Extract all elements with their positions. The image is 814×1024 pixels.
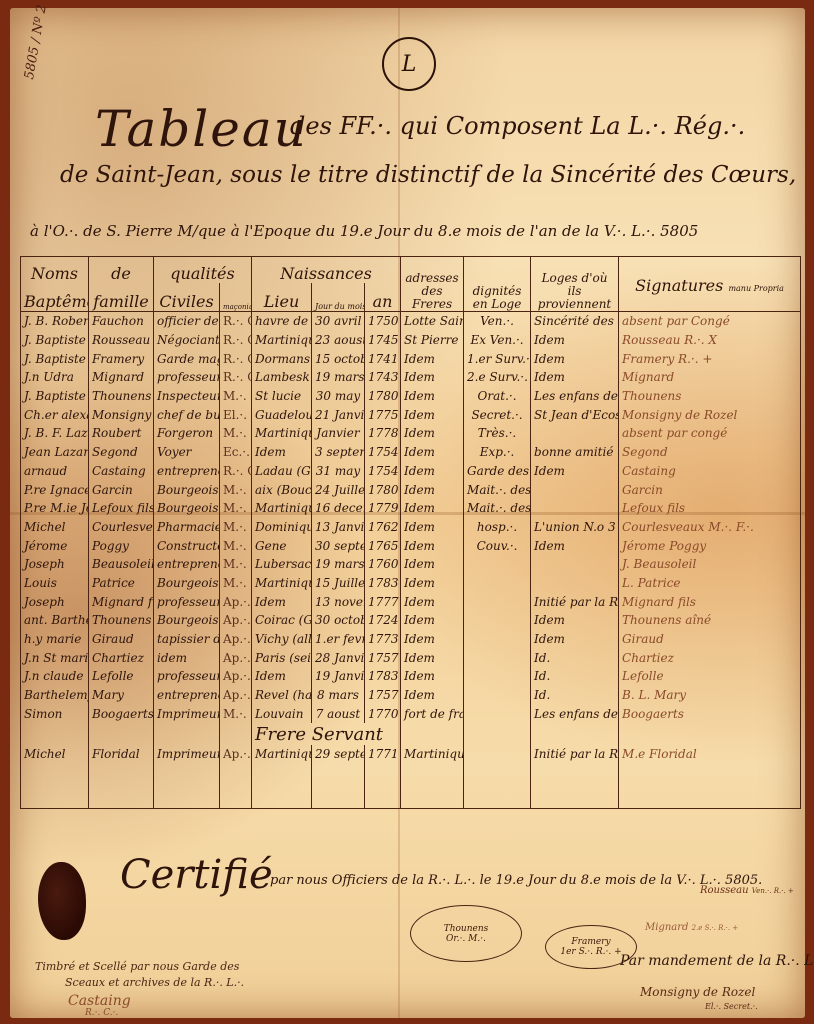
cell-adresse: Martinique bbox=[401, 745, 464, 764]
header-noms: Noms bbox=[21, 257, 89, 284]
cell-lieu: Louvain bbox=[252, 704, 312, 723]
cell-famille: Rousseau bbox=[89, 331, 154, 350]
empty-cell bbox=[464, 723, 531, 745]
cell-civile: entrepreneur de bâtiment bbox=[154, 555, 220, 574]
cell-loge: Sincérité des cœurs bbox=[531, 312, 619, 331]
cell-bapteme: ant. Barthelemy bbox=[21, 611, 89, 630]
empty-cell bbox=[220, 723, 252, 745]
empty-cell bbox=[252, 764, 312, 809]
cell-an: 1783 bbox=[365, 667, 401, 686]
framery-title: 1er S.·. R.·. + bbox=[560, 947, 621, 957]
cell-adresse: Idem bbox=[401, 536, 464, 555]
cell-maconique: Ec.·. bbox=[220, 443, 252, 462]
header-loges: Loges d'où ils proviennent bbox=[531, 257, 619, 312]
cell-famille: Castaing bbox=[89, 462, 154, 481]
cell-bapteme: Jean Lazare bbox=[21, 443, 89, 462]
cell-signature: Boogaerts bbox=[619, 704, 801, 723]
cell-civile: entrepreneur de bâtiment (architecte) bbox=[154, 462, 220, 481]
cell-dignite bbox=[464, 745, 531, 764]
cell-loge: Idem bbox=[531, 630, 619, 649]
cell-dignite: Couv.·. bbox=[464, 536, 531, 555]
cell-bapteme: Ch.er alexandre bbox=[21, 405, 89, 424]
table-row: ant. BarthelemyThounens aînéBourgeoisAp.… bbox=[21, 611, 801, 630]
wax-seal-icon bbox=[38, 862, 86, 940]
certification-text: par nous Officiers de la R.·. L.·. le 19… bbox=[270, 873, 762, 888]
cell-maconique: Ap.·. bbox=[220, 630, 252, 649]
monogram-seal-stamp-icon: L bbox=[382, 37, 436, 91]
title-line-1: des FF.·. qui Composent La L.·. Rég.·. bbox=[290, 112, 745, 140]
table-row: Ch.er alexandreMonsigny de Rozelchef de … bbox=[21, 405, 801, 424]
cell-jour: 30 septembre bbox=[312, 536, 365, 555]
table-row: BarthelemyMaryentrepreneur de bâtimentAp… bbox=[21, 686, 801, 705]
cell-dignite bbox=[464, 592, 531, 611]
empty-cell bbox=[531, 764, 619, 809]
cell-lieu: Dormans bbox=[252, 349, 312, 368]
cell-signature: Chartiez bbox=[619, 648, 801, 667]
cell-lieu: Martinique bbox=[252, 745, 312, 764]
empty-cell bbox=[401, 723, 464, 745]
cell-adresse: Idem bbox=[401, 424, 464, 443]
empty-cell bbox=[154, 764, 220, 809]
table-row: J.n UdraMignardprofesseur de musiqueR.·.… bbox=[21, 368, 801, 387]
table-group-header-row: Noms de qualités Naissances adresses des… bbox=[21, 257, 801, 284]
cell-adresse: Idem bbox=[401, 518, 464, 537]
cell-lieu: Lubersac (Corrèze) bbox=[252, 555, 312, 574]
seal-keeper-line-1: Timbré et Scellé par nous Garde des bbox=[35, 960, 239, 973]
header-signatures-sub: manu Propria bbox=[728, 284, 784, 293]
cell-maconique: Ap.·. bbox=[220, 667, 252, 686]
cell-signature: Segond bbox=[619, 443, 801, 462]
cell-signature: Framery R.·. + bbox=[619, 349, 801, 368]
cell-adresse: Idem bbox=[401, 574, 464, 593]
title-line-2: de Saint-Jean, sous le titre distinctif … bbox=[60, 162, 796, 188]
cell-maconique: M.·. bbox=[220, 704, 252, 723]
cell-bapteme: Jérome bbox=[21, 536, 89, 555]
cell-dignite bbox=[464, 555, 531, 574]
cell-dignite: Ex Ven.·. bbox=[464, 331, 531, 350]
cell-famille: Floridal bbox=[89, 745, 154, 764]
empty-cell bbox=[619, 764, 801, 809]
cell-lieu: Idem bbox=[252, 667, 312, 686]
cell-civile: Bourgeois nég.t bbox=[154, 480, 220, 499]
cell-dignite bbox=[464, 667, 531, 686]
cell-jour: 23 aoust bbox=[312, 331, 365, 350]
cell-famille: Lefolle bbox=[89, 667, 154, 686]
cell-civile: Pharmacien bbox=[154, 518, 220, 537]
cell-an: 1777 bbox=[365, 592, 401, 611]
cell-an: 1779 bbox=[365, 499, 401, 518]
cell-signature: Mignard bbox=[619, 368, 801, 387]
cell-famille: Patrice bbox=[89, 574, 154, 593]
cell-lieu: Lambesk bbox=[252, 368, 312, 387]
cell-lieu: Ladau (Gironde) bbox=[252, 462, 312, 481]
cell-maconique: M.·. bbox=[220, 424, 252, 443]
header-lieu: Lieu bbox=[252, 283, 312, 312]
cell-maconique: R.·. C.·. bbox=[220, 462, 252, 481]
cell-maconique: R.·. C.·. bbox=[220, 312, 252, 331]
cell-loge: Id. bbox=[531, 686, 619, 705]
cell-civile: entrepreneur de bâtiment bbox=[154, 686, 220, 705]
empty-cell bbox=[531, 723, 619, 745]
cell-an: 1765 bbox=[365, 536, 401, 555]
cell-signature: Courlesveaux M.·. F.·. bbox=[619, 518, 801, 537]
cell-famille: Mary bbox=[89, 686, 154, 705]
rousseau-cert-name: Rousseau bbox=[700, 885, 749, 896]
table-row: LouisPatriceBourgeoisM.·.Martinique15 Ju… bbox=[21, 574, 801, 593]
cell-signature: Thounens aîné bbox=[619, 611, 801, 630]
empty-cell bbox=[619, 723, 801, 745]
table-row: J. B. RobertFauchonofficier de santéR.·.… bbox=[21, 312, 801, 331]
members-roster-table: Noms de qualités Naissances adresses des… bbox=[20, 256, 801, 809]
cell-maconique: M.·. bbox=[220, 387, 252, 406]
blank-row bbox=[21, 764, 801, 809]
header-adresses: adresses des Freres bbox=[401, 257, 464, 312]
cell-an: 1778 bbox=[365, 424, 401, 443]
cell-civile: officier de santé bbox=[154, 312, 220, 331]
cell-bapteme: arnaud bbox=[21, 462, 89, 481]
cell-jour: 3 septembre bbox=[312, 443, 365, 462]
cell-dignite bbox=[464, 611, 531, 630]
cell-an: 1780 bbox=[365, 480, 401, 499]
seal-monogram: L bbox=[402, 52, 417, 77]
cell-bapteme: J. B. F. Lazare bbox=[21, 424, 89, 443]
cell-loge: Idem bbox=[531, 462, 619, 481]
cell-jour: 15 Juillet bbox=[312, 574, 365, 593]
cell-loge bbox=[531, 574, 619, 593]
cell-loge: Idem bbox=[531, 611, 619, 630]
mignard-cert-name: Mignard bbox=[645, 922, 688, 933]
cell-maconique: Ap.·. bbox=[220, 611, 252, 630]
cell-bapteme: J.n Udra bbox=[21, 368, 89, 387]
table-row: P.re IgnaceGarcinBourgeois nég.tM.·.aix … bbox=[21, 480, 801, 499]
cell-loge: Les enfans de la Gloire militaire bbox=[531, 387, 619, 406]
cell-loge: bonne amitié martinique bbox=[531, 443, 619, 462]
cell-an: 1760 bbox=[365, 555, 401, 574]
cell-adresse: Idem bbox=[401, 499, 464, 518]
title-line-3: à l'O.·. de S. Pierre M/que à l'Epoque d… bbox=[30, 222, 698, 240]
cell-lieu: Dominique bbox=[252, 518, 312, 537]
cell-loge: Idem bbox=[531, 536, 619, 555]
empty-cell bbox=[89, 764, 154, 809]
cell-adresse: Idem bbox=[401, 611, 464, 630]
cell-bapteme: Michel bbox=[21, 745, 89, 764]
cell-famille: Thounens bbox=[89, 387, 154, 406]
cell-an: 1750 bbox=[365, 312, 401, 331]
cell-lieu: Vichy (allier) bbox=[252, 630, 312, 649]
cell-adresse: Idem bbox=[401, 368, 464, 387]
mignard-cert-title: 2.e S.·. R.·. + bbox=[692, 924, 739, 932]
table-row: Jean LazareSegondVoyerEc.·.Idem3 septemb… bbox=[21, 443, 801, 462]
cell-jour: 19 mars bbox=[312, 368, 365, 387]
table-row: h.y marieGiraudtapissier décorateurAp.·.… bbox=[21, 630, 801, 649]
cell-an: 1775 bbox=[365, 405, 401, 424]
seal-keeper-title: R.·. C.·. bbox=[85, 1008, 118, 1018]
header-an: an bbox=[365, 283, 401, 312]
cell-signature: M.e Floridal bbox=[619, 745, 801, 764]
cell-adresse: Idem bbox=[401, 462, 464, 481]
cell-famille: Mignard bbox=[89, 368, 154, 387]
section-row-frere-servant: Frere Servant bbox=[21, 723, 801, 745]
cell-adresse: Idem bbox=[401, 592, 464, 611]
cell-signature: Mignard fils bbox=[619, 592, 801, 611]
empty-cell bbox=[220, 764, 252, 809]
cell-adresse: Idem bbox=[401, 630, 464, 649]
cell-dignite: hosp.·. bbox=[464, 518, 531, 537]
cell-famille: Segond bbox=[89, 443, 154, 462]
cell-bapteme: J.n claude bbox=[21, 667, 89, 686]
mignard-certification-signature: Mignard 2.e S.·. R.·. + bbox=[645, 922, 738, 933]
cell-adresse: Idem bbox=[401, 648, 464, 667]
header-dignites: dignités en Loge bbox=[464, 257, 531, 312]
cell-jour: 19 mars bbox=[312, 555, 365, 574]
table-row: JosephMignard filsprofesseur de musiqueA… bbox=[21, 592, 801, 611]
cell-dignite: 1.er Surv.·. bbox=[464, 349, 531, 368]
table-row: J.n St marieChartiezidemAp.·.Paris (sein… bbox=[21, 648, 801, 667]
cell-adresse: Idem bbox=[401, 443, 464, 462]
by-order-text: Par mandement de la R.·. L.·. bbox=[620, 953, 814, 969]
cell-jour: Janvier bbox=[312, 424, 365, 443]
cell-lieu: Martinique bbox=[252, 424, 312, 443]
cell-loge bbox=[531, 555, 619, 574]
cell-jour: 31 may bbox=[312, 462, 365, 481]
table-row: J. B. F. LazareRoubertForgeronM.·.Martin… bbox=[21, 424, 801, 443]
cell-bapteme: J.n St marie bbox=[21, 648, 89, 667]
cell-an: 1754 bbox=[365, 462, 401, 481]
table-row: SimonBoogaertsImprimeurM.·.Louvain7 aous… bbox=[21, 704, 801, 723]
cell-famille: Fauchon bbox=[89, 312, 154, 331]
cell-maconique: Ap.·. bbox=[220, 745, 252, 764]
cell-bapteme: P.re Ignace bbox=[21, 480, 89, 499]
cell-bapteme: Louis bbox=[21, 574, 89, 593]
empty-cell bbox=[312, 764, 365, 809]
cell-loge: St Jean d'Ecosse de la Loterie D.E.pe bbox=[531, 405, 619, 424]
cell-dignite: Très.·. bbox=[464, 424, 531, 443]
cell-famille: Chartiez bbox=[89, 648, 154, 667]
cell-maconique: M.·. bbox=[220, 480, 252, 499]
cell-bapteme: P.re M.ie Joseph bbox=[21, 499, 89, 518]
cell-an: 1780 bbox=[365, 387, 401, 406]
cell-bapteme: Joseph bbox=[21, 555, 89, 574]
cell-adresse: Lotte Sainte 1re Jque bbox=[401, 312, 464, 331]
cell-lieu: Idem bbox=[252, 592, 312, 611]
cell-jour: 30 octobre bbox=[312, 611, 365, 630]
cell-loge: Les enfans de la Gloire militaire bbox=[531, 704, 619, 723]
cell-jour: 30 may bbox=[312, 387, 365, 406]
cell-an: 1773 bbox=[365, 630, 401, 649]
header-famille: famille bbox=[89, 283, 154, 312]
cell-famille: Mignard fils bbox=[89, 592, 154, 611]
cell-maconique: M.·. bbox=[220, 574, 252, 593]
roster-body: J. B. RobertFauchonofficier de santéR.·.… bbox=[21, 312, 801, 809]
cell-civile: Bourgeois bbox=[154, 574, 220, 593]
cell-adresse: Idem bbox=[401, 387, 464, 406]
cell-dignite: Mait.·. des Cérém.·. bbox=[464, 480, 531, 499]
cell-dignite bbox=[464, 686, 531, 705]
empty-cell bbox=[154, 723, 220, 745]
cell-bapteme: J. Baptiste bbox=[21, 387, 89, 406]
cell-jour: 30 avril bbox=[312, 312, 365, 331]
cell-an: 1770 bbox=[365, 704, 401, 723]
cell-dignite: Garde des S.·. et arch.·. bbox=[464, 462, 531, 481]
cell-jour: 19 Janvier bbox=[312, 667, 365, 686]
cell-signature: Thounens bbox=[619, 387, 801, 406]
cell-bapteme: J. Baptiste bbox=[21, 349, 89, 368]
cell-dignite: Mait.·. des Cérém. bbox=[464, 499, 531, 518]
cell-loge: Id. bbox=[531, 667, 619, 686]
cell-civile: Forgeron bbox=[154, 424, 220, 443]
cell-maconique: Ap.·. bbox=[220, 648, 252, 667]
table-row: P.re M.ie JosephLefoux filsBourgeoisM.·.… bbox=[21, 499, 801, 518]
cell-maconique: M.·. bbox=[220, 518, 252, 537]
cell-bapteme: h.y marie bbox=[21, 630, 89, 649]
table-row: JosephBeausoleilentrepreneur de bâtiment… bbox=[21, 555, 801, 574]
cell-signature: Lefoux fils bbox=[619, 499, 801, 518]
cell-jour: 1.er fevrier bbox=[312, 630, 365, 649]
document-title: Tableau bbox=[95, 100, 308, 158]
empty-cell bbox=[401, 764, 464, 809]
cell-adresse: fort de france bbox=[401, 704, 464, 723]
empty-cell bbox=[21, 764, 89, 809]
cell-lieu: Revel (haute garonne) bbox=[252, 686, 312, 705]
cell-jour: 8 mars bbox=[312, 686, 365, 705]
empty-cell bbox=[365, 764, 401, 809]
cell-jour: 21 Janvier bbox=[312, 405, 365, 424]
cell-jour: 16 decembre bbox=[312, 499, 365, 518]
cell-maconique: M.·. bbox=[220, 536, 252, 555]
cell-maconique: R.·. C.·. bbox=[220, 349, 252, 368]
cell-signature: L. Patrice bbox=[619, 574, 801, 593]
cell-signature: Monsigny de Rozel bbox=[619, 405, 801, 424]
cell-signature: Jérome Poggy bbox=[619, 536, 801, 555]
cell-adresse: Idem bbox=[401, 555, 464, 574]
cell-famille: Garcin bbox=[89, 480, 154, 499]
cell-dignite: Orat.·. bbox=[464, 387, 531, 406]
cell-signature: Garcin bbox=[619, 480, 801, 499]
cell-loge: Idem bbox=[531, 331, 619, 350]
cell-famille: Monsigny de Rozel bbox=[89, 405, 154, 424]
cell-famille: Thounens aîné bbox=[89, 611, 154, 630]
cell-lieu: Martinique bbox=[252, 331, 312, 350]
header-signatures-label: Signatures bbox=[635, 276, 723, 295]
framery-signature: Framery bbox=[571, 937, 610, 947]
cell-lieu: Paris (seine) bbox=[252, 648, 312, 667]
cell-an: 1745 bbox=[365, 331, 401, 350]
cell-maconique: R.·. C.·. bbox=[220, 368, 252, 387]
cell-signature: Lefolle bbox=[619, 667, 801, 686]
cell-lieu: Martinique bbox=[252, 574, 312, 593]
table-row: MichelCourlesveauxPharmacienM.·.Dominiqu… bbox=[21, 518, 801, 537]
cell-maconique: Ap.·. bbox=[220, 592, 252, 611]
cell-loge: Initié par la R.·. L.·. bbox=[531, 592, 619, 611]
cell-dignite bbox=[464, 574, 531, 593]
cell-lieu: St lucie bbox=[252, 387, 312, 406]
cell-maconique: El.·. bbox=[220, 405, 252, 424]
cell-maconique: M.·. bbox=[220, 499, 252, 518]
header-jour: Jour du mois bbox=[312, 283, 365, 312]
cell-civile: professeur de musique bbox=[154, 592, 220, 611]
cell-dignite bbox=[464, 630, 531, 649]
cell-civile: Imprimeur bbox=[154, 704, 220, 723]
cell-signature: absent par Congé bbox=[619, 312, 801, 331]
rousseau-certification-signature: Rousseau Ven.·. R.·. + bbox=[700, 885, 794, 896]
cell-loge bbox=[531, 499, 619, 518]
cell-signature: absent par congé bbox=[619, 424, 801, 443]
cell-signature: Rousseau R.·. X bbox=[619, 331, 801, 350]
header-maconique: maçonique bbox=[220, 283, 252, 312]
cell-an: 1724 bbox=[365, 611, 401, 630]
cell-adresse: St Pierre martinique bbox=[401, 331, 464, 350]
cell-an: 1762 bbox=[365, 518, 401, 537]
cell-an: 1771 bbox=[365, 745, 401, 764]
cell-civile: Bourgeois bbox=[154, 611, 220, 630]
cell-loge bbox=[531, 480, 619, 499]
table-row: J. BaptisteThounensInspecteur du domaine… bbox=[21, 387, 801, 406]
header-signatures: Signatures manu Propria bbox=[619, 257, 801, 312]
secretary-signature: Monsigny de Rozel bbox=[640, 985, 755, 999]
cell-bapteme: Barthelemy bbox=[21, 686, 89, 705]
cell-civile: idem bbox=[154, 648, 220, 667]
cell-famille: Courlesveaux bbox=[89, 518, 154, 537]
cell-an: 1754 bbox=[365, 443, 401, 462]
table-row: J. BaptisteRousseauNégociantR.·. C.·.Mar… bbox=[21, 331, 801, 350]
cell-loge: Idem bbox=[531, 349, 619, 368]
cell-famille: Giraud bbox=[89, 630, 154, 649]
cell-loge: Idem bbox=[531, 368, 619, 387]
cell-an: 1783 bbox=[365, 574, 401, 593]
cell-dignite: Ven.·. bbox=[464, 312, 531, 331]
cell-lieu: Coirac (Gironde) bbox=[252, 611, 312, 630]
header-de: de bbox=[89, 257, 154, 284]
section-label: Frere Servant bbox=[252, 723, 401, 745]
empty-cell bbox=[464, 764, 531, 809]
cell-bapteme: J. Baptiste bbox=[21, 331, 89, 350]
cell-civile: professeur de musique bbox=[154, 368, 220, 387]
cell-signature: B. L. Mary bbox=[619, 686, 801, 705]
cell-maconique: Ap.·. bbox=[220, 686, 252, 705]
cell-signature: Giraud bbox=[619, 630, 801, 649]
cell-famille: Framery bbox=[89, 349, 154, 368]
cell-signature: J. Beausoleil bbox=[619, 555, 801, 574]
cell-bapteme: Simon bbox=[21, 704, 89, 723]
empty-cell bbox=[21, 723, 89, 745]
cell-lieu: havre de Grace bbox=[252, 312, 312, 331]
table-row: arnaudCastaingentrepreneur de bâtiment (… bbox=[21, 462, 801, 481]
cell-maconique: M.·. bbox=[220, 555, 252, 574]
cell-jour: 28 Janvier bbox=[312, 648, 365, 667]
cell-adresse: Idem bbox=[401, 686, 464, 705]
cell-bapteme: J. B. Robert bbox=[21, 312, 89, 331]
cell-jour: 13 Janvier bbox=[312, 518, 365, 537]
cell-loge bbox=[531, 424, 619, 443]
cell-famille: Lefoux fils bbox=[89, 499, 154, 518]
cell-civile: Voyer bbox=[154, 443, 220, 462]
cell-dignite: Exp.·. bbox=[464, 443, 531, 462]
cell-adresse: Idem bbox=[401, 349, 464, 368]
certification-title: Certifié bbox=[120, 852, 273, 898]
cell-adresse: Idem bbox=[401, 480, 464, 499]
cell-an: 1741 bbox=[365, 349, 401, 368]
cell-dignite: Secret.·. bbox=[464, 405, 531, 424]
table-row: JéromePoggyConstructeurM.·.Gene30 septem… bbox=[21, 536, 801, 555]
header-civiles: Civiles bbox=[154, 283, 220, 312]
header-qualites: qualités bbox=[154, 257, 252, 284]
orator-signature-oval: Thounens Or.·. M.·. bbox=[410, 905, 522, 962]
cell-lieu: Martinique bbox=[252, 499, 312, 518]
cell-civile: Garde mag.in de la marine bbox=[154, 349, 220, 368]
seal-keeper-line-2: Sceaux et archives de la R.·. L.·. bbox=[65, 976, 244, 989]
cell-dignite: 2.e Surv.·. bbox=[464, 368, 531, 387]
cell-lieu: aix (Bouche du Rhône) bbox=[252, 480, 312, 499]
